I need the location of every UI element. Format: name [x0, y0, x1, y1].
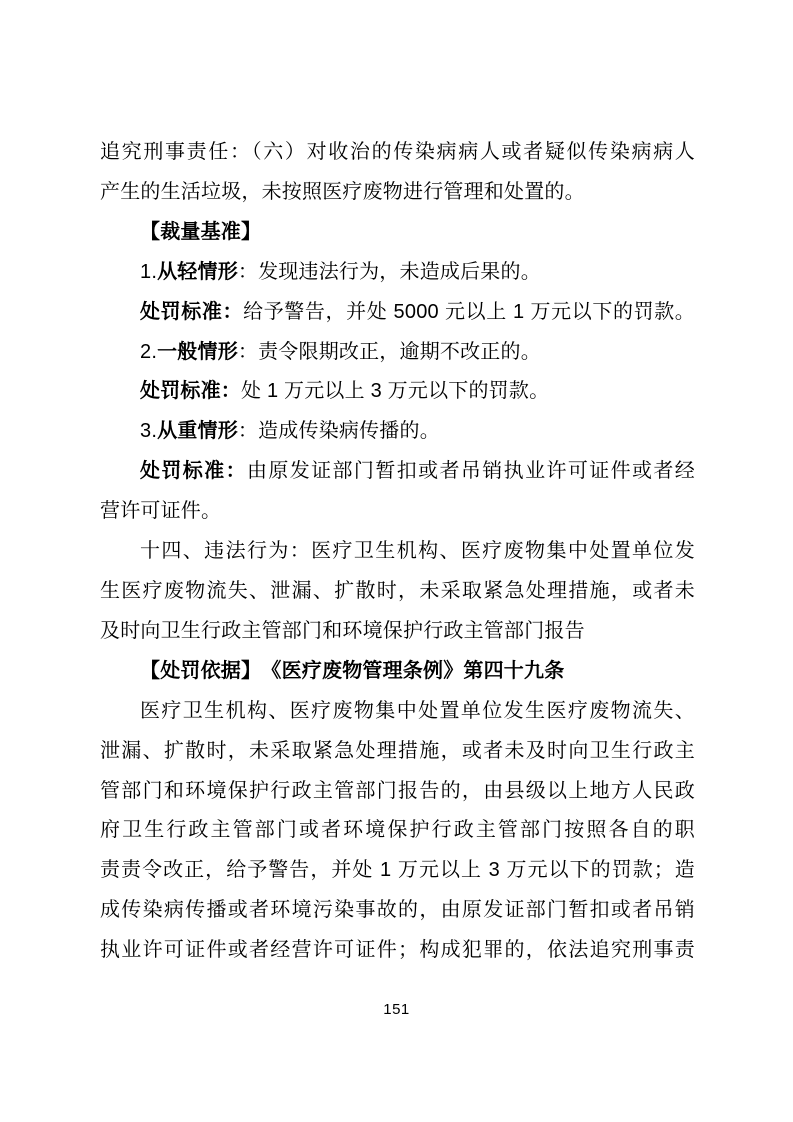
text-segment: 由原发证部门暂扣或者吊销执业许可证件或者经	[247, 460, 695, 482]
bold-text-segment: 一般情形	[157, 341, 238, 363]
text-line: 追究刑事责任：（六）对收治的传染病病人或者疑似传染病病人	[100, 133, 695, 173]
text-segment: 十四、违法行为：医疗卫生机构、医疗废物集中处置单位发	[140, 540, 695, 562]
text-line: 生医疗废物流失、泄漏、扩散时，未采取紧急处理措施，或者未	[100, 572, 695, 612]
text-line: 泄漏、扩散时，未采取紧急处理措施，或者未及时向卫生行政主	[100, 732, 695, 772]
page-number: 151	[0, 1001, 793, 1018]
text-line: 成传染病传播或者环境污染事故的，由原发证部门暂扣或者吊销	[100, 891, 695, 931]
text-line: 营许可证件。	[100, 492, 695, 532]
text-segment: 给予警告，并处 5000 元以上 1 万元以下的罚款。	[243, 301, 695, 323]
text-segment: 2.	[140, 341, 157, 363]
bold-text-segment: 处罚标准：	[140, 301, 243, 323]
text-segment: 成传染病传播或者环境污染事故的，由原发证部门暂扣或者吊销	[100, 899, 695, 921]
text-line: 处罚标准：由原发证部门暂扣或者吊销执业许可证件或者经	[100, 452, 695, 492]
text-line: 处罚标准：处 1 万元以上 3 万元以下的罚款。	[100, 372, 695, 412]
text-line: 处罚标准：给予警告，并处 5000 元以上 1 万元以下的罚款。	[100, 293, 695, 333]
text-segment: 3.	[140, 420, 157, 442]
bold-text-segment: 处罚标准：	[140, 380, 241, 402]
text-line: 【处罚依据】 《医疗废物管理条例》第四十九条	[100, 652, 695, 692]
text-segment: 泄漏、扩散时，未采取紧急处理措施，或者未及时向卫生行政主	[100, 740, 695, 762]
text-line: 1.从轻情形：发现违法行为，未造成后果的。	[100, 253, 695, 293]
text-line: 产生的生活垃圾，未按照医疗废物进行管理和处置的。	[100, 173, 695, 213]
text-segment: 府卫生行政主管部门或者环境保护行政主管部门按照各自的职	[100, 819, 695, 841]
text-segment: 责责令改正，给予警告，并处 1 万元以上 3 万元以下的罚款；造	[100, 859, 695, 881]
text-line: 十四、违法行为：医疗卫生机构、医疗废物集中处置单位发	[100, 532, 695, 572]
text-line: 管部门和环境保护行政主管部门报告的，由县级以上地方人民政	[100, 772, 695, 812]
text-segment: 产生的生活垃圾，未按照医疗废物进行管理和处置的。	[100, 181, 585, 203]
text-line: 府卫生行政主管部门或者环境保护行政主管部门按照各自的职	[100, 811, 695, 851]
text-line: 执业许可证件或者经营许可证件；构成犯罪的，依法追究刑事责	[100, 931, 695, 971]
text-segment: ：责令限期改正，逾期不改正的。	[238, 341, 541, 363]
text-segment: 及时向卫生行政主管部门和环境保护行政主管部门报告	[100, 620, 585, 642]
text-line: 责责令改正，给予警告，并处 1 万元以上 3 万元以下的罚款；造	[100, 851, 695, 891]
text-segment: 管部门和环境保护行政主管部门报告的，由县级以上地方人民政	[100, 780, 695, 802]
document-page: 追究刑事责任：（六）对收治的传染病病人或者疑似传染病病人产生的生活垃圾，未按照医…	[0, 0, 793, 1122]
document-body: 追究刑事责任：（六）对收治的传染病病人或者疑似传染病病人产生的生活垃圾，未按照医…	[100, 133, 695, 971]
text-segment: 营许可证件。	[100, 500, 221, 522]
text-line: 3.从重情形：造成传染病传播的。	[100, 412, 695, 452]
text-segment: 医疗卫生机构、医疗废物集中处置单位发生医疗废物流失、	[140, 700, 695, 722]
text-segment: ：造成传染病传播的。	[238, 420, 440, 442]
text-segment: 追究刑事责任：（六）对收治的传染病病人或者疑似传染病病人	[100, 141, 695, 163]
text-segment: 1.	[140, 261, 157, 283]
text-segment: ：发现违法行为，未造成后果的。	[238, 261, 541, 283]
bold-text-segment: 从轻情形	[157, 261, 238, 283]
bold-text-segment: 【裁量基准】	[140, 221, 261, 243]
bold-text-segment: 处罚标准：	[140, 460, 247, 482]
bold-text-segment: 【处罚依据】 《医疗废物管理条例》第四十九条	[140, 660, 564, 682]
text-segment: 处 1 万元以上 3 万元以下的罚款。	[241, 380, 549, 402]
text-line: 及时向卫生行政主管部门和环境保护行政主管部门报告	[100, 612, 695, 652]
text-line: 医疗卫生机构、医疗废物集中处置单位发生医疗废物流失、	[100, 692, 695, 732]
text-segment: 生医疗废物流失、泄漏、扩散时，未采取紧急处理措施，或者未	[100, 580, 695, 602]
text-line: 2.一般情形：责令限期改正，逾期不改正的。	[100, 333, 695, 373]
bold-text-segment: 从重情形	[157, 420, 238, 442]
text-segment: 执业许可证件或者经营许可证件；构成犯罪的，依法追究刑事责	[100, 939, 695, 961]
text-line: 【裁量基准】	[100, 213, 695, 253]
